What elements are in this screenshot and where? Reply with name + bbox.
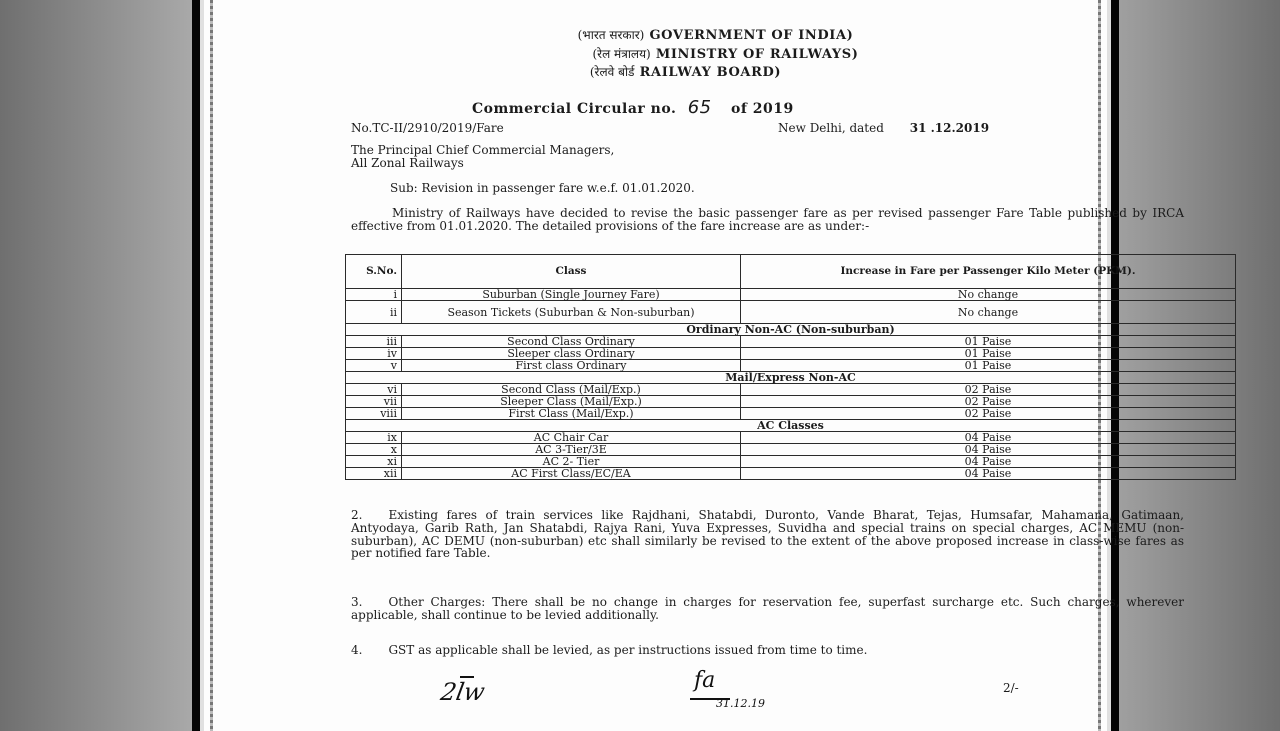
table-row: viiiFirst Class (Mail/Exp.)02 Paise	[346, 408, 1236, 420]
dateline: New Delhi, dated 31 .12.2019	[778, 121, 989, 135]
row-increase: 02 Paise	[741, 384, 1236, 396]
row-increase: 04 Paise	[741, 444, 1236, 456]
section-title: AC Classes	[346, 420, 1236, 432]
table-section-row: AC Classes	[346, 420, 1236, 432]
header-board: (रेलवे बोर्ड RAILWAY BOARD)	[230, 63, 1141, 80]
intro-paragraph: Ministry of Railways have decided to rev…	[351, 207, 1184, 233]
table-section-row: Ordinary Non-AC (Non-suburban)	[346, 324, 1236, 336]
page-edge-left	[210, 0, 213, 731]
row-class: AC First Class/EC/EA	[402, 468, 741, 480]
row-sno: viii	[346, 408, 402, 420]
signature-1: 2lw	[439, 678, 487, 706]
row-increase: 01 Paise	[741, 336, 1236, 348]
row-sno: vii	[346, 396, 402, 408]
signature-2-date: 31.12.19	[716, 697, 765, 710]
issue-date: 31 .12.2019	[910, 121, 989, 135]
row-sno: iv	[346, 348, 402, 360]
paragraph-3: 3.Other Charges: There shall be no chang…	[351, 596, 1184, 622]
table-section-row: Mail/Express Non-AC	[346, 372, 1236, 384]
row-sno: iii	[346, 336, 402, 348]
table-row: iiiSecond Class Ordinary01 Paise	[346, 336, 1236, 348]
document-page: (भारत सरकार) GOVERNMENT OF INDIA) (रेल म…	[200, 0, 1111, 731]
row-class: Second Class (Mail/Exp.)	[402, 384, 741, 396]
circular-title: Commercial Circular no. 65 of 2019	[472, 97, 794, 118]
row-sno: xii	[346, 468, 402, 480]
table-row: xAC 3-Tier/3E04 Paise	[346, 444, 1236, 456]
header-sno: S.No.	[346, 255, 402, 289]
addressee-line-2: All Zonal Railways	[351, 157, 464, 170]
row-class: Second Class Ordinary	[402, 336, 741, 348]
table-row: xiAC 2- Tier04 Paise	[346, 456, 1236, 468]
row-class: AC 2- Tier	[402, 456, 741, 468]
row-increase: 04 Paise	[741, 468, 1236, 480]
row-increase: No change	[741, 301, 1236, 324]
signature-2: fa	[694, 668, 715, 693]
table-row: ixAC Chair Car04 Paise	[346, 432, 1236, 444]
circular-number: 65	[688, 97, 712, 118]
row-class: Season Tickets (Suburban & Non-suburban)	[402, 301, 741, 324]
header-ministry: (रेल मंत्रालय) MINISTRY OF RAILWAYS)	[270, 45, 1181, 62]
table-row: ivSleeper class Ordinary01 Paise	[346, 348, 1236, 360]
row-increase: 04 Paise	[741, 432, 1236, 444]
row-sno: ix	[346, 432, 402, 444]
header-class: Class	[402, 255, 741, 289]
header-increase: Increase in Fare per Passenger Kilo Mete…	[741, 255, 1236, 289]
table-row: viSecond Class (Mail/Exp.)02 Paise	[346, 384, 1236, 396]
row-increase: No change	[741, 289, 1236, 301]
table-row: viiSleeper Class (Mail/Exp.)02 Paise	[346, 396, 1236, 408]
row-sno: vi	[346, 384, 402, 396]
section-title: Mail/Express Non-AC	[346, 372, 1236, 384]
row-increase: 04 Paise	[741, 456, 1236, 468]
table-row: xiiAC First Class/EC/EA04 Paise	[346, 468, 1236, 480]
row-class: Sleeper Class (Mail/Exp.)	[402, 396, 741, 408]
reference-number: No.TC-II/2910/2019/Fare	[351, 121, 504, 135]
row-class: Suburban (Single Journey Fare)	[402, 289, 741, 301]
table-row: vFirst class Ordinary01 Paise	[346, 360, 1236, 372]
row-class: AC 3-Tier/3E	[402, 444, 741, 456]
row-sno: x	[346, 444, 402, 456]
section-title: Ordinary Non-AC (Non-suburban)	[346, 324, 1236, 336]
fare-table: S.No. Class Increase in Fare per Passeng…	[345, 254, 1236, 480]
row-class: First class Ordinary	[402, 360, 741, 372]
header-government: (भारत सरकार) GOVERNMENT OF INDIA)	[260, 26, 1171, 43]
table-row: iiSeason Tickets (Suburban & Non-suburba…	[346, 301, 1236, 324]
table-row: iSuburban (Single Journey Fare)No change	[346, 289, 1236, 301]
row-sno: i	[346, 289, 402, 301]
row-sno: ii	[346, 301, 402, 324]
row-increase: 02 Paise	[741, 408, 1236, 420]
paragraph-2: 2.Existing fares of train services like …	[351, 509, 1184, 560]
page-continuation: 2/-	[1003, 681, 1019, 695]
paragraph-4: 4.GST as applicable shall be levied, as …	[351, 644, 1184, 657]
row-sno: xi	[346, 456, 402, 468]
subject-line: Sub: Revision in passenger fare w.e.f. 0…	[390, 181, 695, 195]
row-class: Sleeper class Ordinary	[402, 348, 741, 360]
row-class: AC Chair Car	[402, 432, 741, 444]
row-increase: 01 Paise	[741, 348, 1236, 360]
row-class: First Class (Mail/Exp.)	[402, 408, 741, 420]
row-increase: 01 Paise	[741, 360, 1236, 372]
row-increase: 02 Paise	[741, 396, 1236, 408]
scan-frame-left	[192, 0, 200, 731]
table-header-row: S.No. Class Increase in Fare per Passeng…	[346, 255, 1236, 289]
row-sno: v	[346, 360, 402, 372]
